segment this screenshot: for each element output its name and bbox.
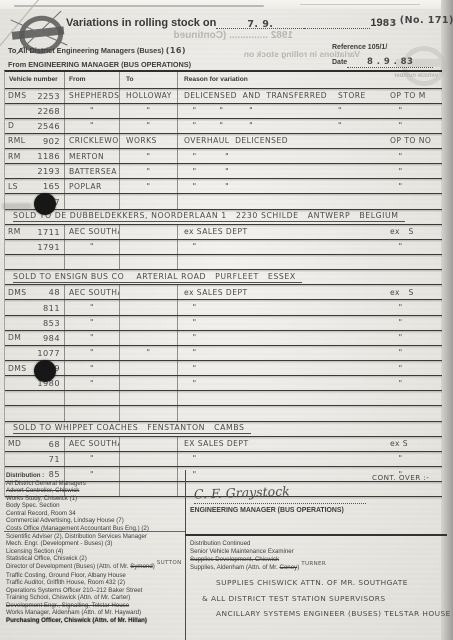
operation-note: OP TO M [390,91,442,100]
reason-text: " " " [184,106,338,115]
reason-cell: " " [177,361,442,375]
to-cell [119,361,177,375]
table-row: 71" " " [5,452,442,467]
distribution-item: All District General Managers [6,480,184,488]
reason-cell: ex SALES DEPTex S [177,285,442,299]
to-cell: " [119,346,177,360]
reason-cell: " " [177,240,442,254]
vehicle-type-cell: RM [5,225,32,239]
from-cell: CRICKLEWOOD [64,134,119,148]
col-header-reason: Reason for variation [177,72,442,88]
handwritten-addition: ANCILLARY SYSTEMS ENGINEER (BUSES) TELST… [216,606,452,622]
table-row: 853" " " [5,316,442,331]
from-cell: " [64,104,119,118]
vehicle-type-cell: DMS [5,361,32,375]
list-text: Supplies, Aldenham (Attn. of Mr. [190,564,279,571]
handwritten-addition: SUPPLIES CHISWICK ATTN. OF MR. SOUTHGATE [216,575,452,591]
title-day-handwritten: 7. 9. [247,19,273,30]
reason-cell: " " " [177,179,442,193]
reason-cell [177,406,442,420]
handwritten-addition: & ALL DISTRICT TEST STATION SUPERVISORS [202,591,452,607]
reason-cell: " " [177,300,442,314]
signature: C. F. Graystock [194,483,290,501]
from-cell: " [64,300,119,314]
reason-cell [177,391,442,405]
vehicle-type-cell: RML [5,134,32,148]
table-row: 1791" " " [5,240,442,255]
table-row: MD68AEC SOUTHALLEX SALES DEPTex S [5,437,442,452]
to-cell [119,406,177,420]
from-cell: SHEPHERDS BUSH [64,89,119,103]
reason-text: " [184,379,338,388]
reason-text: ex SALES DEPT [184,288,338,297]
vehicle-type-cell: DMS [5,285,32,299]
reason-cell: " " " [177,149,442,163]
from-cell: AEC SOUTHALL [64,437,119,451]
vehicle-type-cell: DM [5,331,32,345]
from-cell [64,391,119,405]
vehicle-number-cell [32,406,64,420]
vehicle-number-cell: 811 [32,300,64,314]
vehicle-number-cell [32,391,64,405]
operation-note: OP TO NO [390,136,442,145]
reason-text: " [184,318,338,327]
col-header-from: From [64,72,119,88]
table-header-row: Vehicle number From To Reason for variat… [5,72,442,89]
to-cell [119,240,177,254]
to-cell: " [119,149,177,163]
distribution-item: Traffic Costing, Ground Floor, Albany Ho… [6,572,184,580]
section-cell: SOLD TO WHIPPET COACHES FENSTANTON CAMBS [5,422,442,436]
to-cell: HOLLOWAY [119,89,177,103]
table-row: DMS48AEC SOUTHALLex SALES DEPTex S [5,285,442,300]
title-dotted-line: 7. 9. [216,18,304,29]
vehicle-number-cell [32,255,64,269]
struck-name: Coney [279,564,297,571]
table-section-row: SOLD TO WHIPPET COACHES FENSTANTON CAMBS [5,422,442,437]
handwritten-annotation: SUTTON [157,560,182,568]
vehicle-number-cell: 2546 [32,119,64,133]
table-row: +37 [5,194,442,209]
to-cell [119,194,177,208]
date-value-handwritten: 8 . 9 . 83 [347,57,433,68]
distribution-item: Licensing Section (4) [6,548,184,556]
operation-note: " [390,106,442,115]
operation-note: " [390,242,442,251]
list-text: Director of Development (Buses) (Attn. o… [6,563,130,570]
table-row: DMS2253SHEPHERDS BUSHHOLLOWAYDELICENSED … [5,89,442,104]
reason-text: " [184,454,338,463]
vehicle-type-cell [5,452,32,466]
scanned-document-page: Variations in rolling stock on7. 9.1983 … [0,0,453,640]
reference-line: Reference 105/1/ [332,44,387,51]
reason-text: " [184,364,338,373]
continued-rule [185,534,447,536]
vehicle-number-cell: 2253 [32,89,64,103]
reason-text: DELICENSED AND TRANSFERRED [184,91,338,100]
from-cell: " [64,346,119,360]
col-header-vehicle-number: Vehicle number [5,72,64,88]
vehicle-type-cell [5,346,32,360]
to-cell: " [119,164,177,178]
table-row: DM984" " " [5,331,442,346]
reason-cell: DELICENSED AND TRANSFERREDSTOREOP TO M [177,89,442,103]
operation-note: " [390,348,442,357]
reason-text: OVERHAUL DELICENSED [184,136,338,145]
reason-text: " [184,470,338,479]
title-prefix: Variations in rolling stock on [66,17,216,29]
rolling-stock-table: Vehicle number From To Reason for variat… [4,70,442,497]
operation-note: " [390,454,442,463]
reason-text: EX SALES DEPT [184,439,338,448]
reason-cell: ex SALES DEPTex S [177,225,442,239]
operation-note: " [390,303,442,312]
distribution-continued-item: Supplies, Aldenham (Attn. of Mr. Coney)T… [190,564,448,572]
store-note: " [338,106,390,115]
reason-cell [177,194,442,208]
from-cell: AEC SOUTHALL [64,285,119,299]
vehicle-number-cell: 2268 [32,104,64,118]
footer-column-divider [185,470,186,640]
handwritten-additions: SUPPLIES CHISWICK ATTN. OF MR. SOUTHGATE… [190,575,452,622]
vehicle-number-cell: 902 [32,134,64,148]
reason-text: " " [184,182,338,191]
from-cell [64,406,119,420]
vehicle-type-cell: D [5,119,32,133]
signature-line: C. F. Graystock [194,484,366,504]
handwritten-annotation: TURNER [301,560,326,568]
to-cell [119,316,177,330]
reason-cell: " " [177,331,442,345]
to-line: To All District Engineering Managers (Bu… [8,46,186,55]
to-cell: " [119,179,177,193]
table-row: 1980" " " [5,376,442,391]
distribution-item: Traffic Auditor, Griffith House, Room 43… [6,579,184,587]
vehicle-number-cell: 984 [32,331,64,345]
vehicle-type-cell: DMS [5,89,32,103]
vehicle-type-cell [5,406,32,420]
vehicle-number-cell: 1711 [32,225,64,239]
reason-cell: " " [177,346,442,360]
to-cell [119,376,177,390]
vehicle-type-cell: MD [5,437,32,451]
to-cell [119,255,177,269]
operation-note: " [390,152,442,161]
col-header-to: To [119,72,177,88]
to-cell [119,285,177,299]
to-cell [119,391,177,405]
table-blank-row [5,255,442,270]
vehicle-number-cell: 1791 [32,240,64,254]
table-blank-row [5,406,442,421]
form-title: Variations in rolling stock on7. 9.1983 … [66,17,453,29]
reason-cell: " " "" " [177,119,442,133]
to-cell: " [119,119,177,133]
operation-note: " [390,379,442,388]
sold-to-heading: SOLD TO ENSIGN BUS CO ARTERIAL ROAD PURF… [13,272,302,283]
reason-cell: EX SALES DEPTex S [177,437,442,451]
struck-name: Symond [130,563,153,570]
operation-note: ex S [390,439,442,448]
from-cell: " [64,119,119,133]
to-cell [119,437,177,451]
vehicle-number-cell: 1077 [32,346,64,360]
distribution-list: Distribution :All District General Manag… [6,472,184,625]
vehicle-type-cell: RM [5,149,32,163]
reason-text: " [184,348,338,357]
table-row: 2193BATTERSEA" " " " [5,164,442,179]
distribution-item: Scientific Adviser (2), Distribution Ser… [6,533,184,541]
table-section-row: SOLD TO ENSIGN BUS CO ARTERIAL ROAD PURF… [5,270,442,285]
to-line-text: To All District Engineering Managers (Bu… [8,46,164,55]
vehicle-type-cell [5,316,32,330]
list-text: ) [297,564,299,571]
vehicle-type-cell [5,104,32,118]
reason-cell: OVERHAUL DELICENSEDOP TO NO [177,134,442,148]
title-year-handwritten: 83 [383,18,397,29]
table-blank-row [5,391,442,406]
section-cell: SOLD TO DE DUBBELDEKKERS, NOORDERLAAN 1 … [5,210,442,224]
from-cell: " [64,361,119,375]
reason-text: " [184,333,338,342]
vehicle-number-cell: 2193 [32,164,64,178]
vehicle-number-cell: 165 [32,179,64,193]
cont-over-note: CONT. OVER :- [372,473,429,482]
distribution-item: Central Record, Room 34 [6,510,184,518]
reason-text: ex SALES DEPT [184,227,338,236]
title-number-handwritten: (No. 171) [400,15,453,26]
from-cell: MERTON [64,149,119,163]
from-cell [64,194,119,208]
bleedthrough-text: 1982 .............. (Continued [58,30,293,41]
operation-note: " [390,182,442,191]
from-cell: " [64,331,119,345]
reason-cell: " " [177,452,442,466]
reason-cell: " " [177,376,442,390]
vehicle-number-cell: 48 [32,285,64,299]
table-row: RM1186MERTON" " " " [5,149,442,164]
from-cell: " [64,240,119,254]
table-row: RML902CRICKLEWOODWORKSOVERHAUL DELICENSE… [5,134,442,149]
vehicle-type-cell [5,164,32,178]
from-line: From ENGINEERING MANAGER (BUS OPERATIONS… [8,60,191,69]
vehicle-number-cell: 71 [32,452,64,466]
from-cell [64,255,119,269]
to-cell [119,452,177,466]
to-cell [119,331,177,345]
vehicle-type-cell: LS [5,179,32,193]
vehicle-type-cell [5,391,32,405]
from-cell: POPLAR [64,179,119,193]
reason-text: " [184,303,338,312]
to-cell [119,225,177,239]
vehicle-number-cell: 853 [32,316,64,330]
distribution-item: Training School, Chiswick (Attn. of Mr. … [6,594,184,602]
table-row: 811" " " [5,300,442,315]
distribution-item: Operations Systems Officer 210–212 Baker… [6,587,184,595]
distribution-item: Advert Controller, Chiswick [6,487,184,495]
vehicle-type-cell [5,300,32,314]
table-row: 2268"" " " "" " [5,104,442,119]
reason-text: " " [184,152,338,161]
vehicle-type-cell [5,255,32,269]
section-cell: SOLD TO ENSIGN BUS CO ARTERIAL ROAD PURF… [5,270,442,284]
reason-cell: " " [177,316,442,330]
distribution-item: Works Study, Chiswick (1) [6,495,184,503]
title-dotted-line-2 [304,18,370,29]
table-row: RM1711AEC SOUTHALLex SALES DEPTex S [5,225,442,240]
pencil-smudge [2,203,32,210]
list-text: ) [153,563,155,570]
operation-note: " [390,364,442,373]
from-cell: " [64,316,119,330]
table-row: LS165POPLAR" " " " [5,179,442,194]
scan-smudge [300,4,420,5]
table-row: DMS1849" " " [5,361,442,376]
reason-cell: " " " [177,164,442,178]
to-cell: " [119,104,177,118]
hole-punch [34,193,56,215]
distribution-continued-item: Distribution Continued [190,540,448,548]
store-note: " [338,121,390,130]
operation-note: " [390,333,442,342]
table-section-row: SOLD TO DE DUBBELDEKKERS, NOORDERLAAN 1 … [5,210,442,225]
operation-note: ex S [390,227,442,236]
distribution-item: Director of Development (Buses) (Attn. o… [6,563,184,572]
table-row: 1077"" " " [5,346,442,361]
distribution-item: Purchasing Officer, Chiswick (Attn. of M… [6,617,184,625]
to-cell [119,300,177,314]
reason-cell: " " "" " [177,104,442,118]
to-cell: WORKS [119,134,177,148]
distribution-continued-item: Senior Vehicle Maintenance Examiner [190,548,448,556]
signatory-title: ENGINEERING MANAGER (BUS OPERATIONS) [190,507,344,514]
distribution-continued-list: Distribution ContinuedSenior Vehicle Mai… [190,540,448,572]
from-cell: BATTERSEA [64,164,119,178]
store-note: STORE [338,91,390,100]
reason-text: " [184,242,338,251]
distribution-item: Body Spec. Section [6,502,184,510]
from-cell: " [64,452,119,466]
table-row: D2546"" " " "" " [5,119,442,134]
distribution-item: Development Engr., Signalling, Telstar H… [6,602,184,610]
table-body: DMS2253SHEPHERDS BUSHHOLLOWAYDELICENSED … [5,89,442,498]
distribution-item: Commercial Advertising, Lindsay House (7… [6,517,184,525]
title-year-printed: 19 [370,17,382,29]
vehicle-number-cell: 1186 [32,149,64,163]
from-cell: " [64,376,119,390]
reason-text: " " " [184,121,338,130]
vehicle-type-cell [5,376,32,390]
date-line: Date8 . 9 . 83 [332,57,433,68]
operation-note: " [390,318,442,327]
distribution-item: Works Manager, Aldenham (Attn. of Mr. Ha… [6,609,184,617]
scan-smudge [14,5,264,7]
sold-to-heading: SOLD TO DE DUBBELDEKKERS, NOORDERLAAN 1 … [13,211,405,222]
operation-note: " [390,121,442,130]
distribution-item: Mech. Engr. (Development - Buses) (3) [6,540,184,548]
to-line-annotation: (16) [166,46,186,55]
operation-note: " [390,167,442,176]
reason-text: " " [184,167,338,176]
from-cell: AEC SOUTHALL [64,225,119,239]
vehicle-type-cell [5,240,32,254]
operation-note: ex S [390,288,442,297]
reason-cell [177,255,442,269]
sold-to-heading: SOLD TO WHIPPET COACHES FENSTANTON CAMBS [13,423,251,434]
hole-punch [34,360,56,382]
date-label: Date [332,59,347,66]
distribution-item: Distribution : [6,472,184,480]
distribution-item: Costs Office (Management Accountant Bus … [6,525,184,533]
vehicle-number-cell: 68 [32,437,64,451]
